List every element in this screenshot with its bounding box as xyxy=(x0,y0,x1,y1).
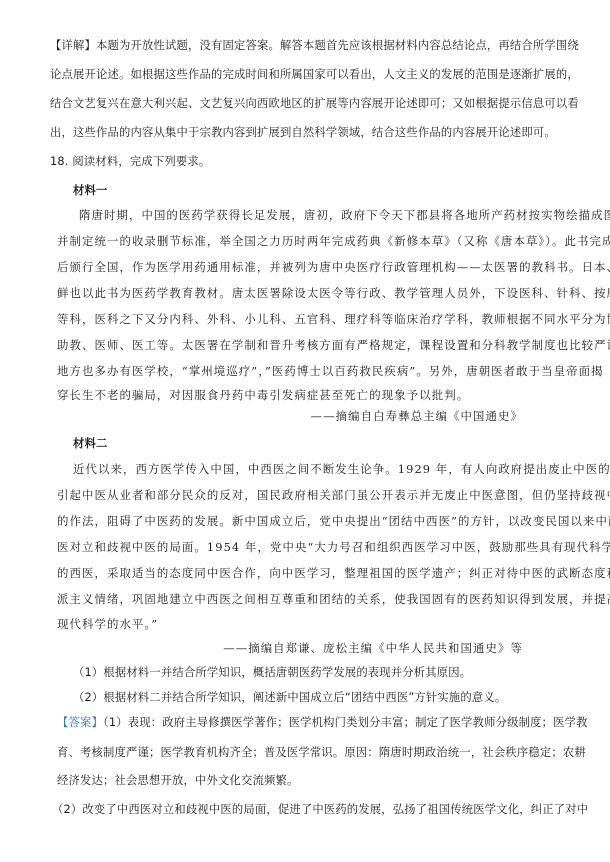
explanation-tag: 【详解】 xyxy=(50,39,96,52)
material-1-line: 地方也多办有医学校，“掌州境巡疗”，”医药博士以百药救民疾病”。另外，唐朝医者敢… xyxy=(57,364,604,378)
material-2-line: 派主义情绪，巩固地建立中西医之间相互尊重和团结的关系，使我国固有的医药知识得到发… xyxy=(57,592,610,606)
sub-question-2: （2）根据材料二并结合所学知识，阐述新中国成立后“团结中西医”方针实施的意义。 xyxy=(73,691,506,705)
answer-line-4: （2）改变了中西医对立和歧视中医的局面，促进了中医药的发展，弘扬了祖国传统医学文… xyxy=(52,803,588,817)
explanation-line-2: 论点展开论述。如根据这些作品的完成时间和所属国家可以看出，人文主义的发展的范围是… xyxy=(50,68,579,82)
explanation-line-1: 【详解】本题为开放性试题，没有固定答案。解答本题首先应该根据材料内容总结论点，再… xyxy=(50,39,579,53)
question-number: 18. xyxy=(50,155,69,168)
sub-question-1: （1）根据材料一并结合所学知识，概括唐朝医药学发展的表现并分析其原因。 xyxy=(73,666,471,680)
material-1-line: 助教、医师、医工等。太医署在学制和晋升考核方面有严格规定，课程设置和分科教学制度… xyxy=(57,338,610,352)
material-2-line: 医对立和歧视中医的局面。1954 年，党中央“大力号召和组织西医学习中医，鼓励那… xyxy=(57,540,610,554)
answer-line-1: 【答案】（1）表现：政府主导修撰医学著作；医学机构门类划分丰富；制定了医学教师分… xyxy=(57,716,588,730)
material-1-line: 隋唐时期，中国的医药学获得长足发展，唐初，政府下令天下郡县将各地所产药材按实物绘… xyxy=(79,208,610,222)
material-2-source: ——摘编自郑谦、庞松主编《中华人民共和国通史》等 xyxy=(223,641,523,655)
material-2-title: 材料二 xyxy=(73,437,108,451)
material-1-line: 并制定统一的收录删节标准，举全国之力历时两年完成药典《新修本草》（又称《唐本草》… xyxy=(57,234,610,248)
material-2-line: 的西医，采取适当的态度同中医合作，向中医学习，整理祖国的医学遗产；纠正对待中医的… xyxy=(57,566,610,580)
material-1-source: ——摘编自白寿彝总主编《中国通史》 xyxy=(311,409,523,423)
question-header: 18. 阅读材料，完成下列要求。 xyxy=(50,155,210,169)
material-2-line: 现代科学的水平。” xyxy=(57,617,158,631)
material-1-line: 后颁行全国，作为医学用药通用标准，并被列为唐中央医疗行政管理机构——太医署的教科… xyxy=(57,260,610,274)
material-2-line: 的作法，阻碍了中医药的发展。新中国成立后，党中央提出“团结中西医”的方针，以改变… xyxy=(57,514,610,528)
material-1-title: 材料一 xyxy=(73,184,108,198)
material-2-line: 近代以来，西方医学传入中国，中西医之间不断发生论争。1929 年，有人向政府提出… xyxy=(73,462,610,476)
explanation-line-4: 出，这些作品的内容从集中于宗教内容到扩展到自然科学领域，结合这些作品的内容展开论… xyxy=(50,126,556,140)
material-1-line: 等科，医科之下又分内科、外科、小儿科、五官科、理疗科等临床治疗学科，教师根据不同… xyxy=(57,312,610,326)
answer-tag: 【答案】 xyxy=(57,716,103,729)
question-prompt: 阅读材料，完成下列要求。 xyxy=(72,155,210,168)
answer-line-3: 经济发达；社会思想开放，中外文化交流频繁。 xyxy=(57,774,298,788)
material-1-line: 穿长生不老的骗局，对因服食丹药中毒引发病症甚至死亡的现象予以批判。 xyxy=(57,388,469,402)
explanation-line-3: 结合文艺复兴在意大利兴起、文艺复兴向西欧地区的扩展等内容展开论述即可；又如根据提… xyxy=(50,97,579,111)
material-2-line: 引起中医从业者和部分民众的反对，国民政府相关部门虽公开表示并无废止中医意图，但仍… xyxy=(57,488,610,502)
answer-line-2: 育、考核制度严谨；医学教育机构齐全；普及医学常识。原因：隋唐时期政治统一，社会秩… xyxy=(57,746,586,760)
material-1-line: 鲜也以此书为医药学教育教材。唐太医署除设太医令等行政、教学管理人员外，下设医科、… xyxy=(57,286,610,300)
